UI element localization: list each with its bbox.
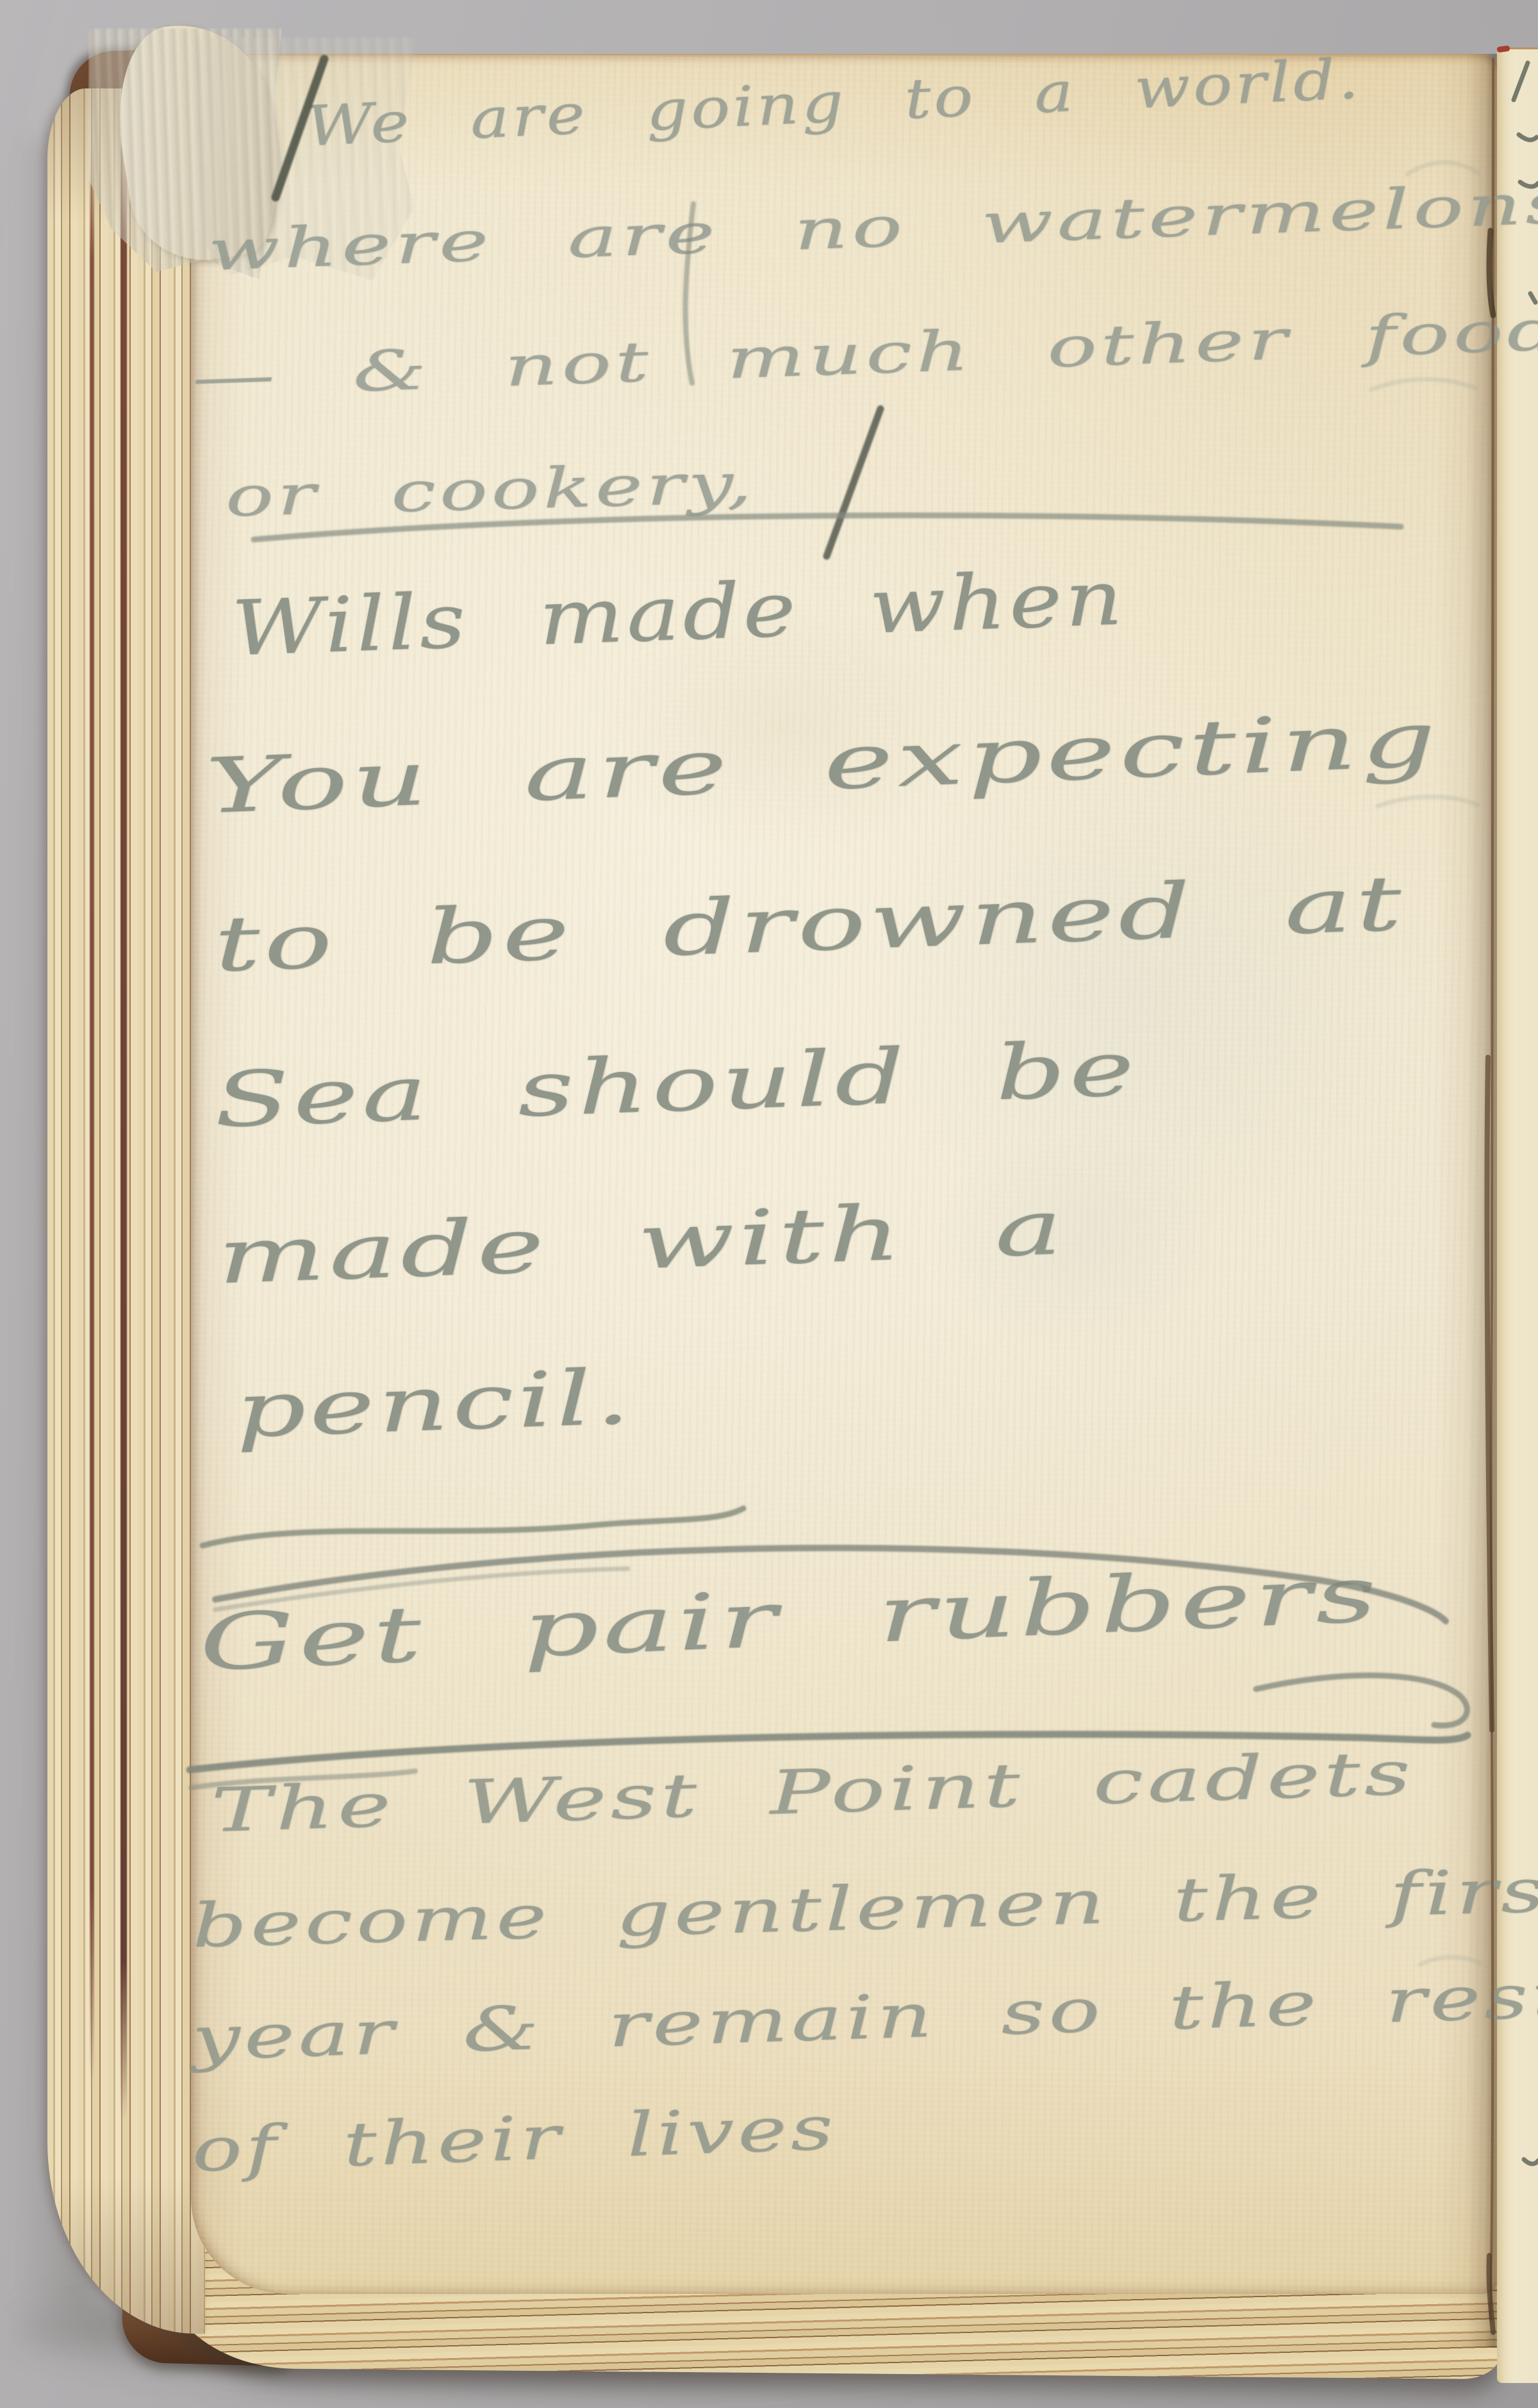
torn-page-stub-line bbox=[90, 141, 94, 2082]
torn-page-stub-line bbox=[120, 128, 127, 2121]
handwriting-line: pencil. bbox=[234, 1352, 635, 1455]
photo-background: We are going to a world. where are no wa… bbox=[0, 0, 1538, 2408]
